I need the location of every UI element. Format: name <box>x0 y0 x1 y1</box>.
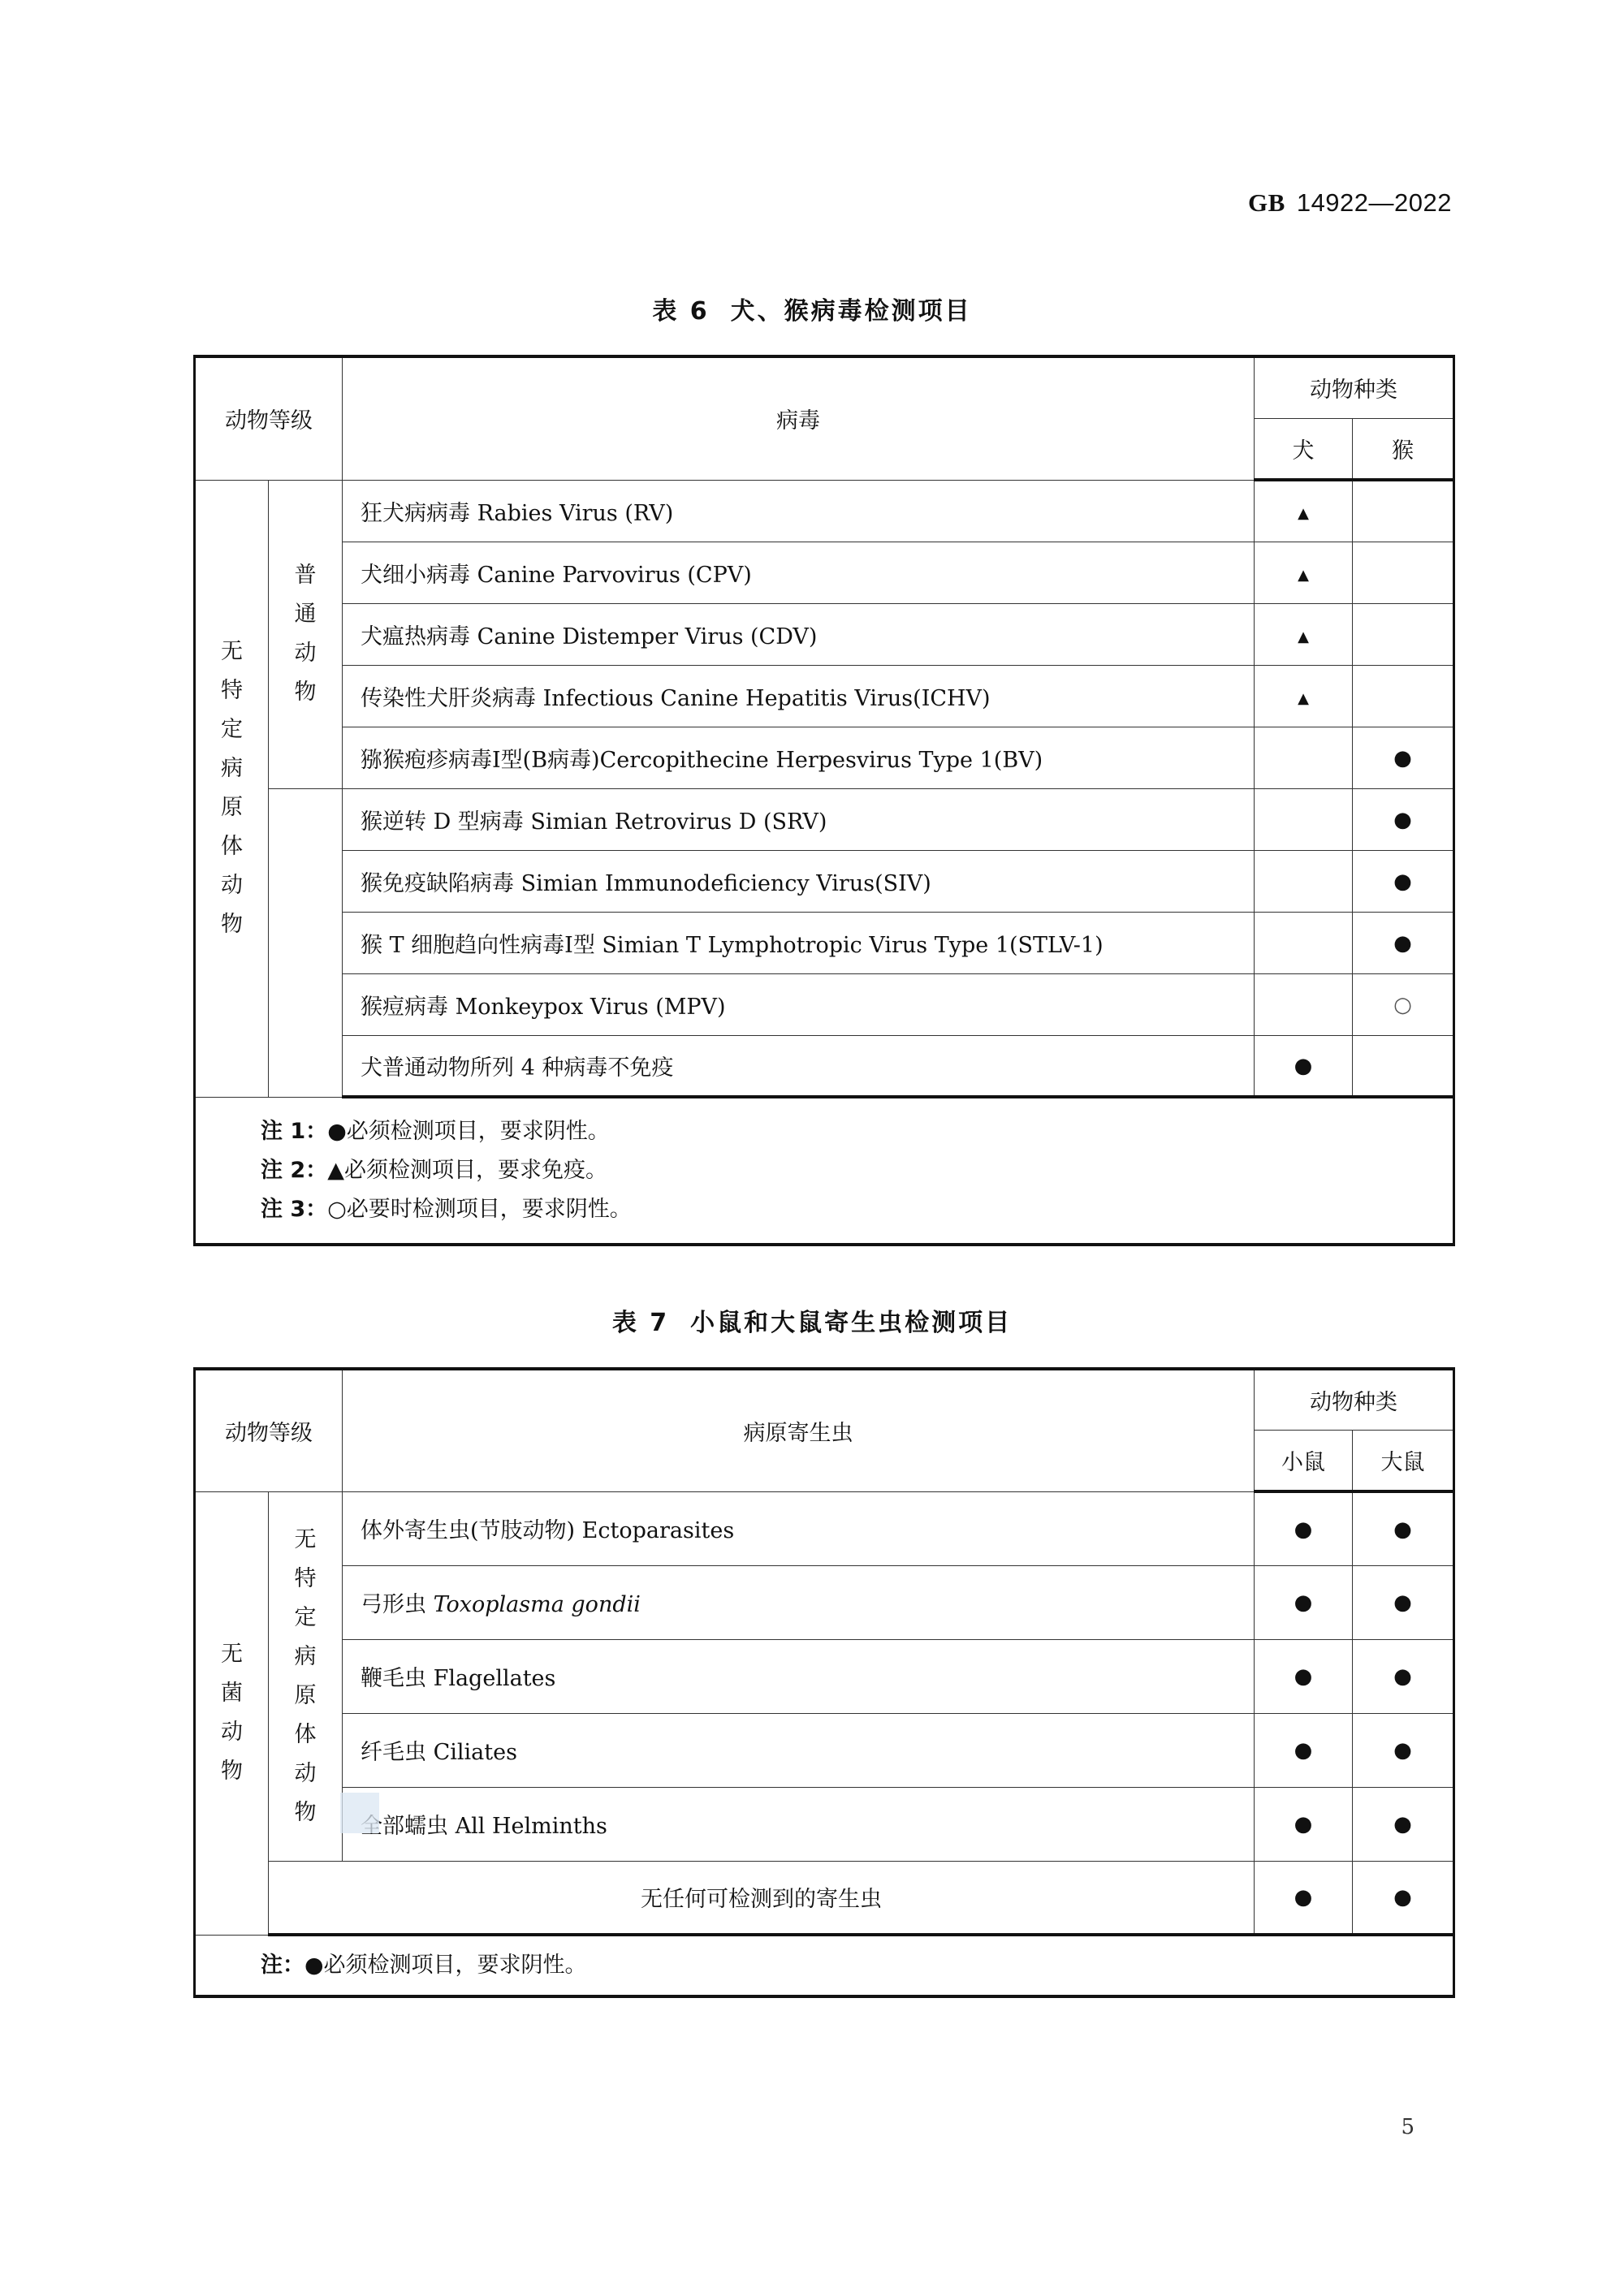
header-species-dog: 犬 <box>1255 418 1353 480</box>
filled-circle-icon: ● <box>1393 808 1412 832</box>
filled-circle-icon: ● <box>1393 1738 1412 1763</box>
table7: 动物等级 病原寄生虫 动物种类 小鼠 大鼠 无菌动物 无特定病原体动物 体外寄生… <box>193 1367 1455 1998</box>
monkey-mark: ● <box>1353 912 1454 973</box>
parasite-name: 体外寄生虫(节肢动物) Ectoparasites <box>343 1491 1255 1565</box>
rat-mark: ● <box>1353 1491 1454 1565</box>
header-animal-grade: 动物等级 <box>195 356 343 480</box>
grade-outer-label: 无菌动物 <box>220 1635 244 1791</box>
table6-caption: 表 6犬、猴病毒检测项目 <box>0 291 1624 326</box>
grade-outer-cell: 无特定病原体动物 <box>195 480 269 1097</box>
header-species-group: 动物种类 <box>1255 356 1454 418</box>
grade-outer-label: 无特定病原体动物 <box>220 632 244 944</box>
table-row: 猴痘病毒 Monkeypox Virus (MPV) ○ <box>195 973 1454 1035</box>
monkey-mark <box>1353 480 1454 542</box>
table6: 动物等级 病毒 动物种类 犬 猴 无特定病原体动物 普通动物 狂犬病病毒 Rab… <box>193 355 1455 1246</box>
note: 注：●必须检测项目，要求阴性。 <box>261 1946 1453 1985</box>
table-row: 猴逆转 D 型病毒 Simian Retrovirus D (SRV) ● <box>195 788 1454 850</box>
parasite-name: 全部蠕虫 All Helminths <box>343 1787 1255 1861</box>
dog-mark: ▲ <box>1255 665 1353 727</box>
dog-mark <box>1255 788 1353 850</box>
filled-circle-icon: ● <box>1294 1590 1313 1615</box>
rat-mark: ● <box>1353 1639 1454 1713</box>
header-animal-grade: 动物等级 <box>195 1369 343 1491</box>
rat-mark: ● <box>1353 1861 1454 1935</box>
filled-circle-icon: ● <box>1393 1590 1412 1615</box>
table6-title: 犬、猴病毒检测项目 <box>731 297 972 326</box>
note-1: 注 1：●必须检测项目，要求阴性。 <box>261 1112 1453 1151</box>
dog-mark: ▲ <box>1255 542 1353 603</box>
virus-name: 犬瘟热病毒 Canine Distemper Virus (CDV) <box>343 603 1255 665</box>
table7-note: 注：●必须检测项目，要求阴性。 <box>195 1935 1454 1996</box>
summary-name: 无任何可检测到的寄生虫 <box>269 1861 1255 1935</box>
note-2: 注 2：▲必须检测项目，要求免疫。 <box>261 1151 1453 1190</box>
table-row: 纤毛虫 Ciliates ● ● <box>195 1713 1454 1787</box>
grade-inner-cell: 无特定病原体动物 <box>269 1491 343 1861</box>
mouse-mark: ● <box>1255 1565 1353 1639</box>
table-row: 鞭毛虫 Flagellates ● ● <box>195 1639 1454 1713</box>
table-row: 无菌动物 无特定病原体动物 体外寄生虫(节肢动物) Ectoparasites … <box>195 1491 1454 1565</box>
virus-name: 狂犬病病毒 Rabies Virus (RV) <box>343 480 1255 542</box>
virus-name: 猴逆转 D 型病毒 Simian Retrovirus D (SRV) <box>343 788 1255 850</box>
mouse-mark: ● <box>1255 1713 1353 1787</box>
triangle-icon: ▲ <box>1298 505 1309 522</box>
dog-mark: ▲ <box>1255 603 1353 665</box>
virus-name: 猕猴疱疹病毒Ⅰ型(B病毒)Cercopithecine Herpesvirus … <box>343 727 1255 788</box>
filled-circle-icon: ● <box>1294 1054 1313 1078</box>
table7-title: 小鼠和大鼠寄生虫检测项目 <box>690 1309 1012 1337</box>
table-row: 全部蠕虫 All Helminths ● ● <box>195 1787 1454 1861</box>
monkey-mark: ○ <box>1353 973 1454 1035</box>
dog-mark <box>1255 850 1353 912</box>
triangle-icon: ▲ <box>1298 628 1309 645</box>
virus-name: 传染性犬肝炎病毒 Infectious Canine Hepatitis Vir… <box>343 665 1255 727</box>
virus-name: 猴 T 细胞趋向性病毒Ⅰ型 Simian T Lymphotropic Viru… <box>343 912 1255 973</box>
rat-mark: ● <box>1353 1565 1454 1639</box>
table-row: 弓形虫 Toxoplasma gondii ● ● <box>195 1565 1454 1639</box>
mouse-mark: ● <box>1255 1787 1353 1861</box>
table-row: 无特定病原体动物 普通动物 狂犬病病毒 Rabies Virus (RV) ▲ <box>195 480 1454 542</box>
parasite-name: 鞭毛虫 Flagellates <box>343 1639 1255 1713</box>
rat-mark: ● <box>1353 1713 1454 1787</box>
summary-row: 无任何可检测到的寄生虫 ● ● <box>195 1861 1454 1935</box>
open-circle-icon: ○ <box>1393 993 1412 1017</box>
virus-name: 猴免疫缺陷病毒 Simian Immunodeficiency Virus(SI… <box>343 850 1255 912</box>
triangle-icon: ▲ <box>1298 690 1309 707</box>
filled-circle-icon: ● <box>1294 1517 1313 1542</box>
dog-mark <box>1255 973 1353 1035</box>
dog-mark <box>1255 912 1353 973</box>
mouse-mark: ● <box>1255 1639 1353 1713</box>
table7-caption: 表 7小鼠和大鼠寄生虫检测项目 <box>0 1302 1624 1338</box>
filled-circle-icon: ● <box>1294 1664 1313 1689</box>
mouse-mark: ● <box>1255 1861 1353 1935</box>
table-row: 猕猴疱疹病毒Ⅰ型(B病毒)Cercopithecine Herpesvirus … <box>195 727 1454 788</box>
header-species-mouse: 小鼠 <box>1255 1430 1353 1491</box>
table-row: 传染性犬肝炎病毒 Infectious Canine Hepatitis Vir… <box>195 665 1454 727</box>
table-row: 犬细小病毒 Canine Parvovirus (CPV) ▲ <box>195 542 1454 603</box>
triangle-icon: ▲ <box>1298 567 1309 584</box>
table-row: 犬普通动物所列 4 种病毒不免疫 ● <box>195 1035 1454 1097</box>
filled-circle-icon: ● <box>1393 1664 1412 1689</box>
table6-notes: 注 1：●必须检测项目，要求阴性。 注 2：▲必须检测项目，要求免疫。 注 3：… <box>195 1097 1454 1245</box>
filled-circle-icon: ● <box>1393 931 1412 956</box>
dog-mark <box>1255 727 1353 788</box>
header-parasite: 病原寄生虫 <box>343 1369 1255 1491</box>
standard-code: GB14922—2022 <box>1248 188 1452 218</box>
header-virus: 病毒 <box>343 356 1255 480</box>
filled-circle-icon: ● <box>1294 1812 1313 1836</box>
grade-inner-cell-1: 普通动物 <box>269 480 343 788</box>
monkey-mark: ● <box>1353 850 1454 912</box>
header-species-monkey: 猴 <box>1353 418 1454 480</box>
virus-name: 猴痘病毒 Monkeypox Virus (MPV) <box>343 973 1255 1035</box>
standard-prefix: GB <box>1248 188 1285 217</box>
header-species-rat: 大鼠 <box>1353 1430 1454 1491</box>
filled-circle-icon: ● <box>1393 870 1412 894</box>
monkey-mark <box>1353 665 1454 727</box>
grade-inner-cell-2 <box>269 788 343 1097</box>
filled-circle-icon: ● <box>1294 1885 1313 1910</box>
filled-circle-icon: ● <box>1393 1812 1412 1836</box>
filled-circle-icon: ● <box>1393 1517 1412 1542</box>
parasite-name: 弓形虫 Toxoplasma gondii <box>343 1565 1255 1639</box>
virus-name: 犬细小病毒 Canine Parvovirus (CPV) <box>343 542 1255 603</box>
grade-inner-label-1: 普通动物 <box>293 556 317 712</box>
standard-number: 14922—2022 <box>1297 188 1452 217</box>
dog-mark: ▲ <box>1255 480 1353 542</box>
rat-mark: ● <box>1353 1787 1454 1861</box>
monkey-mark <box>1353 542 1454 603</box>
filled-circle-icon: ● <box>1393 1885 1412 1910</box>
monkey-mark: ● <box>1353 788 1454 850</box>
virus-name: 犬普通动物所列 4 种病毒不免疫 <box>343 1035 1255 1097</box>
header-species-group: 动物种类 <box>1255 1369 1454 1430</box>
dog-mark: ● <box>1255 1035 1353 1097</box>
table-row: 猴免疫缺陷病毒 Simian Immunodeficiency Virus(SI… <box>195 850 1454 912</box>
note-3: 注 3：○必要时检测项目，要求阴性。 <box>261 1190 1453 1229</box>
page-number: 5 <box>1401 2115 1415 2139</box>
watermark-logo <box>340 1793 379 1833</box>
mouse-mark: ● <box>1255 1491 1353 1565</box>
grade-outer-cell: 无菌动物 <box>195 1491 269 1935</box>
monkey-mark <box>1353 603 1454 665</box>
table-row: 猴 T 细胞趋向性病毒Ⅰ型 Simian T Lymphotropic Viru… <box>195 912 1454 973</box>
monkey-mark: ● <box>1353 727 1454 788</box>
parasite-name: 纤毛虫 Ciliates <box>343 1713 1255 1787</box>
table-row: 犬瘟热病毒 Canine Distemper Virus (CDV) ▲ <box>195 603 1454 665</box>
monkey-mark <box>1353 1035 1454 1097</box>
table7-number: 表 7 <box>612 1309 669 1337</box>
filled-circle-icon: ● <box>1393 746 1412 770</box>
grade-inner-label: 无特定病原体动物 <box>293 1521 317 1832</box>
table6-number: 表 6 <box>652 297 709 326</box>
filled-circle-icon: ● <box>1294 1738 1313 1763</box>
